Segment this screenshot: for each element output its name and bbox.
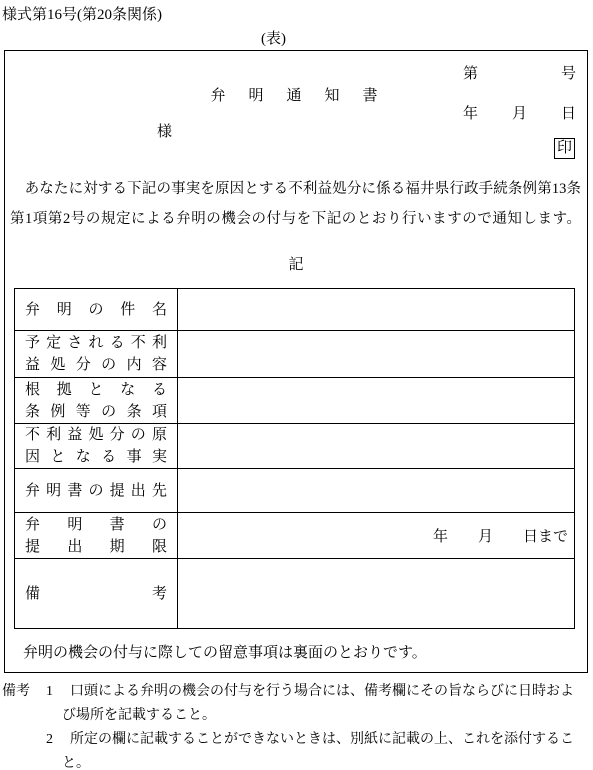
row-value-field[interactable] (178, 378, 574, 423)
section-marker: 記 (5, 253, 587, 274)
row-label-line: 益処分の内容 (25, 354, 167, 376)
table-row: 弁明書の提出先 (15, 469, 574, 513)
row-value-field[interactable] (178, 559, 574, 628)
table-row: 弁明書の提出期限年 月 日まで (15, 513, 574, 559)
date-month-label: 月 (512, 102, 527, 123)
table-row: 根拠となる条例等の条項 (15, 378, 574, 424)
document-frame: 第 号 弁 明 通 知 書 年 月 日 様 印 あなたに対する下記の事実を原因と… (4, 50, 588, 673)
row-label: 予定される不利益処分の内容 (15, 331, 178, 377)
row-label-line: 弁明書の提出先 (25, 480, 167, 502)
table-row: 不利益処分の原因となる事実 (15, 424, 574, 469)
remarks-label: 備考 (2, 680, 30, 704)
row-value-field[interactable] (178, 469, 574, 512)
row-label-line: 備考 (25, 583, 167, 605)
row-value-field[interactable] (178, 331, 574, 377)
row-label-line: 不利益処分の原 (25, 424, 167, 446)
row-label-line: 根拠となる (25, 379, 167, 401)
body-paragraph: あなたに対する下記の事実を原因とする不利益処分に係る福井県行政手続条例第13条第… (10, 174, 581, 234)
row-value-field[interactable]: 年 月 日まで (178, 513, 574, 558)
row-label-line: 条例等の条項 (25, 401, 167, 423)
row-label-line: 弁明書の (25, 514, 167, 536)
note-continuation-line: と。 (46, 752, 593, 770)
row-label: 弁明書の提出先 (15, 469, 178, 512)
row-label-line: 予定される不利 (25, 332, 167, 354)
table-row: 弁明の件名 (15, 289, 574, 331)
date-day-label: 日 (561, 102, 576, 123)
number-prefix: 第 (463, 62, 478, 83)
addressee-suffix: 様 (157, 120, 172, 141)
date-line: 年 月 日 (463, 102, 576, 123)
document-number-line: 第 号 (463, 62, 576, 83)
number-suffix: 号 (561, 62, 576, 83)
row-label-line: 弁明の件名 (25, 299, 167, 321)
row-label: 備考 (15, 559, 178, 628)
table-row: 備考 (15, 559, 574, 628)
remarks: 備考 1口頭による弁明の機会の付与を行う場合には、備考欄にその旨ならびに日時およ… (2, 680, 593, 770)
form-page: 様式第16号(第20条関係) (表) 第 号 弁 明 通 知 書 年 月 日 様… (0, 0, 593, 770)
row-value-field[interactable] (178, 289, 574, 330)
row-label: 根拠となる条例等の条項 (15, 378, 178, 423)
row-value-field[interactable] (178, 424, 574, 468)
form-table: 弁明の件名予定される不利益処分の内容根拠となる条例等の条項不利益処分の原因となる… (14, 288, 575, 629)
row-label-line: 因となる事実 (25, 446, 167, 468)
note-text: 所定の欄に記載することができないときは、別紙に記載の上、これを添付するこ (70, 732, 574, 747)
form-number: 様式第16号(第20条関係) (2, 3, 162, 24)
body-line: あなたに対する下記の事実を原因とする不利益処分に係る福井県行政手続条例第13条 (10, 174, 581, 204)
note-continuation-line: び場所を記載すること。 (46, 704, 593, 728)
seal-mark: 印 (554, 138, 575, 159)
note-first-line: 2所定の欄に記載することができないときは、別紙に記載の上、これを添付するこ (46, 728, 593, 752)
table-row: 予定される不利益処分の内容 (15, 331, 574, 378)
row-label: 弁明書の提出期限 (15, 513, 178, 558)
row-label: 不利益処分の原因となる事実 (15, 424, 178, 468)
date-year-label: 年 (463, 102, 478, 123)
body-line: 第1項第2号の規定による弁明の機会の付与を下記のとおり行いますので通知します。 (10, 204, 581, 234)
note-number: 2 (46, 728, 70, 752)
note-text: 口頭による弁明の機会の付与を行う場合には、備考欄にその旨ならびに日時およ (70, 684, 574, 699)
note-number: 1 (46, 680, 70, 704)
remarks-items: 1口頭による弁明の機会の付与を行う場合には、備考欄にその旨ならびに日時および場所… (46, 680, 593, 770)
row-label: 弁明の件名 (15, 289, 178, 330)
notice-footer: 弁明の機会の付与に際しての留意事項は裏面のとおりです。 (23, 641, 427, 662)
row-label-line: 提出期限 (25, 536, 167, 558)
note-first-line: 1口頭による弁明の機会の付与を行う場合には、備考欄にその旨ならびに日時およ (46, 680, 593, 704)
side-label: (表) (0, 27, 593, 48)
